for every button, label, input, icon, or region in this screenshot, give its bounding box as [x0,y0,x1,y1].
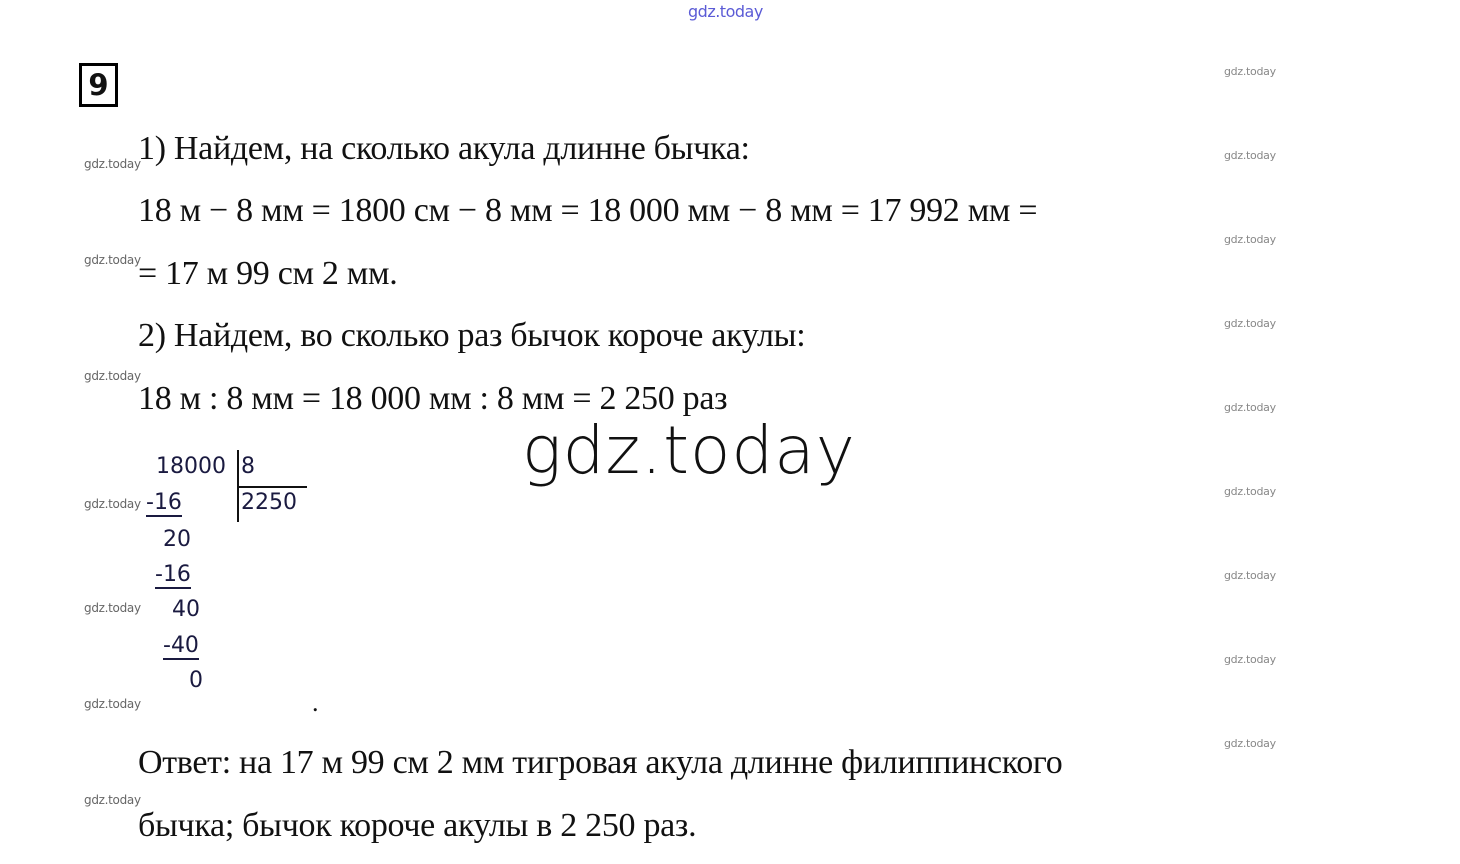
division-step: -16 [146,490,182,517]
stray-dot: . [312,683,318,723]
watermark: gdz.today [1224,65,1276,78]
watermark: gdz.today [1224,233,1276,246]
watermark-large: gdz.today [522,412,856,489]
watermark: gdz.today [84,369,141,383]
division-step: 0 [189,668,203,693]
step1-calc-line2: = 17 м 99 см 2 мм. [138,254,397,294]
division-step: 20 [163,527,191,552]
watermark: gdz.today [84,497,141,511]
division-horizontal-bar [237,486,307,488]
watermark: gdz.today [1224,737,1276,750]
answer-line1: Ответ: на 17 м 99 см 2 мм тигровая акула… [138,743,1062,783]
watermark: gdz.today [84,793,141,807]
watermark: gdz.today [1224,401,1276,414]
task-number-badge: 9 [79,63,118,107]
site-watermark-top: gdz.today [688,2,763,21]
watermark: gdz.today [1224,149,1276,162]
watermark: gdz.today [84,697,141,711]
division-quotient: 2250 [241,490,297,515]
division-step: -40 [163,633,199,660]
watermark: gdz.today [1224,653,1276,666]
step1-title: 1) Найдем, на сколько акула длинне бычка… [138,129,750,169]
watermark: gdz.today [84,601,141,615]
watermark: gdz.today [1224,569,1276,582]
division-step: 40 [172,597,200,622]
watermark: gdz.today [84,157,141,171]
watermark: gdz.today [1224,317,1276,330]
step1-calc-line1: 18 м − 8 мм = 1800 см − 8 мм = 18 000 мм… [138,191,1037,231]
division-divisor: 8 [241,454,255,479]
division-dividend: 18000 [156,454,226,479]
watermark: gdz.today [84,253,141,267]
watermark: gdz.today [1224,485,1276,498]
division-step: -16 [155,562,191,589]
answer-line2: бычка; бычок короче акулы в 2 250 раз. [138,806,696,846]
step2-title: 2) Найдем, во сколько раз бычок короче а… [138,316,805,356]
